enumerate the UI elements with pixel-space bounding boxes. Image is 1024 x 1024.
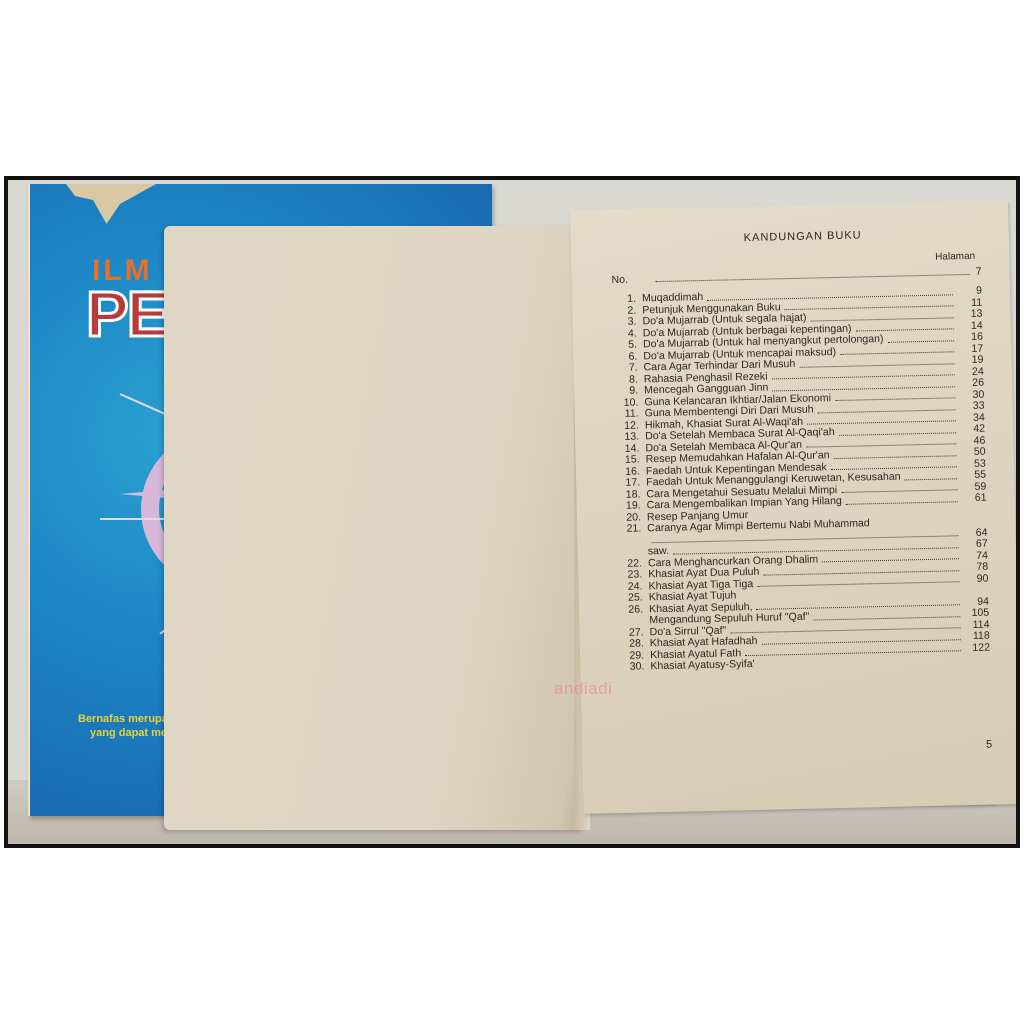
dot-leader <box>840 351 954 355</box>
table-of-contents: KANDUNGAN BUKU Halaman No. 7 1.Muqaddima… <box>611 227 991 674</box>
dot-leader <box>905 478 958 480</box>
entry-number: 21. <box>617 523 641 535</box>
entry-number: 26. <box>619 604 643 616</box>
left-page-blank <box>164 226 584 830</box>
dot-leader <box>839 432 956 436</box>
dot-leader <box>841 489 957 493</box>
entry-page <box>964 665 990 666</box>
watermark: andiadi <box>554 679 612 699</box>
entry-page: 122 <box>964 642 990 654</box>
entry-page: 61 <box>961 493 987 505</box>
toc-title: KANDUNGAN BUKU <box>625 227 981 247</box>
torn-corner <box>66 184 156 224</box>
dot-leader <box>835 397 955 401</box>
entry-page: 90 <box>962 573 988 585</box>
dot-leader <box>834 455 957 459</box>
dot-leader <box>656 266 970 282</box>
toc-no-header: No. <box>611 274 628 286</box>
dot-leader <box>888 340 954 343</box>
cover-title-main: PE <box>86 284 167 344</box>
entry-title: Khasiat Ayatusy-Syifa' <box>650 659 755 673</box>
dot-leader <box>831 466 957 470</box>
right-page-toc: KANDUNGAN BUKU Halaman No. 7 1.Muqaddima… <box>570 200 1016 814</box>
dot-leader <box>846 501 958 505</box>
toc-no-page: 7 <box>976 266 982 278</box>
toc-entries: 1.Muqaddimah92.Petunjuk Menggunakan Buku… <box>612 286 991 674</box>
entry-number: 30. <box>620 661 644 673</box>
page-number: 5 <box>986 739 992 751</box>
dot-leader <box>856 328 954 331</box>
book-photo: ILM PE Bernafas merupakan yang dapat mem… <box>8 180 1016 844</box>
